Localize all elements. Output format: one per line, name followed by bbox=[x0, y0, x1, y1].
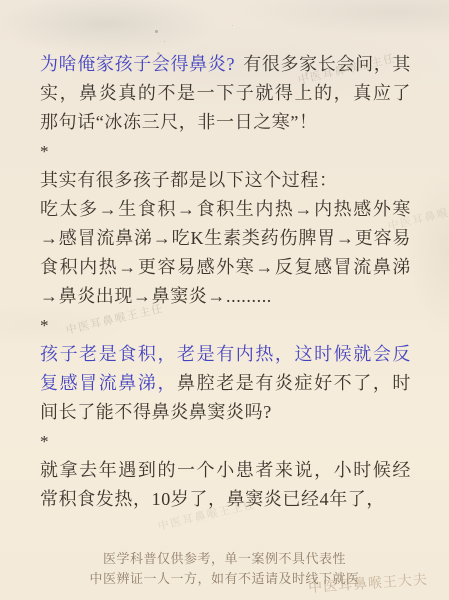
disclaimer-line-2: 中医辨证一人一方，如有不适请及时线下就医 bbox=[0, 569, 449, 589]
paragraph-process-intro: 其实有很多孩子都是以下这个过程： bbox=[40, 166, 411, 195]
question-highlight: 为啥俺家孩子会得鼻炎? bbox=[40, 54, 235, 74]
health-note-page: 中医耳鼻喉王主任 中医耳鼻喉王主任 中医耳鼻喉王主任 中医耳鼻喉王主任 为啥俺家… bbox=[0, 0, 449, 600]
divider-asterisk: * bbox=[40, 427, 411, 456]
paragraph-question: 为啥俺家孩子会得鼻炎?有很多家长会问，其实，鼻炎真的不是一下子就得上的，真应了那… bbox=[40, 50, 411, 137]
disclaimer: 医学科普仅供参考，单一案例不具代表性 中医辨证一人一方，如有不适请及时线下就医 bbox=[0, 549, 449, 588]
paragraph-case: 就拿去年遇到的一个小患者来说，小时候经常积食发热，10岁了，鼻窦炎已经4年了， bbox=[40, 456, 411, 514]
divider-asterisk: * bbox=[40, 311, 411, 340]
disclaimer-line-1: 医学科普仅供参考，单一案例不具代表性 bbox=[0, 549, 449, 569]
divider-asterisk: * bbox=[40, 137, 411, 166]
paragraph-explanation: 孩子老是食积，老是有内热，这时候就会反复感冒流鼻涕，鼻腔老是有炎症好不了，时间长… bbox=[40, 340, 411, 427]
paragraph-process-chain: 吃太多→生食积→食积生内热→内热感外寒→感冒流鼻涕→吃K生素类药伤脾胃→更容易食… bbox=[40, 195, 411, 311]
article-body: 为啥俺家孩子会得鼻炎?有很多家长会问，其实，鼻炎真的不是一下子就得上的，真应了那… bbox=[0, 0, 449, 514]
